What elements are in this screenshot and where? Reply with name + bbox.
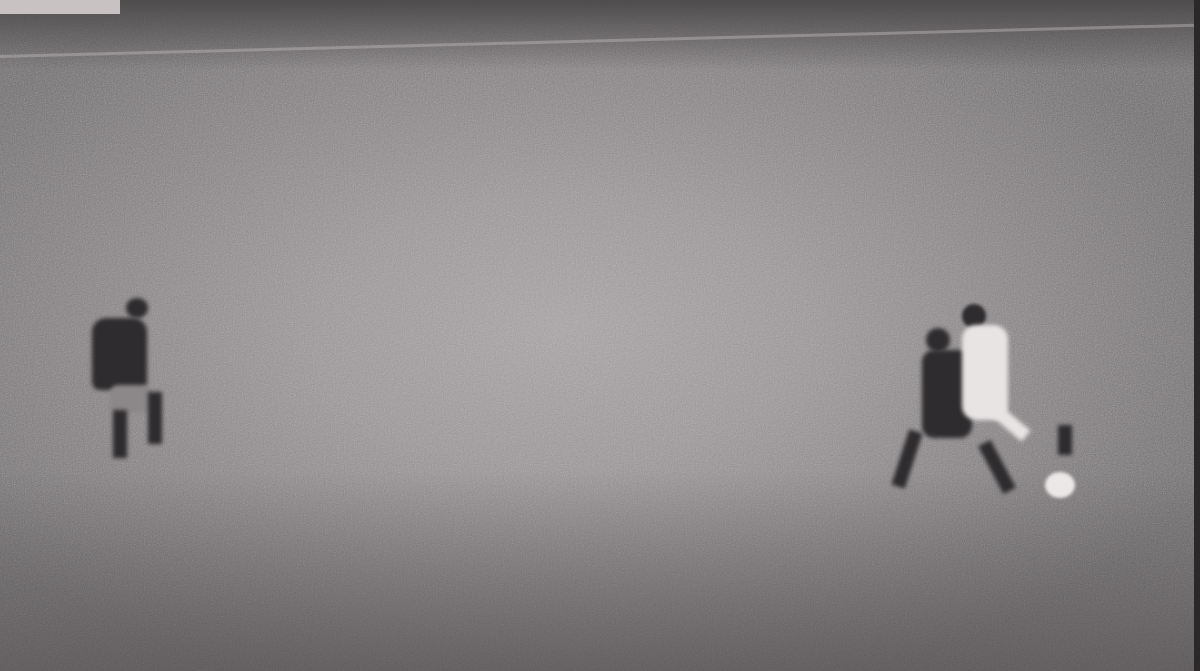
pitch-shadow bbox=[0, 471, 1200, 671]
frame-edge bbox=[1194, 0, 1200, 671]
football bbox=[1045, 472, 1075, 498]
stands-shadow bbox=[0, 0, 1200, 70]
football-photo: Grainy black-and-white vintage photograp… bbox=[0, 0, 1200, 671]
frame-corner bbox=[0, 0, 120, 14]
